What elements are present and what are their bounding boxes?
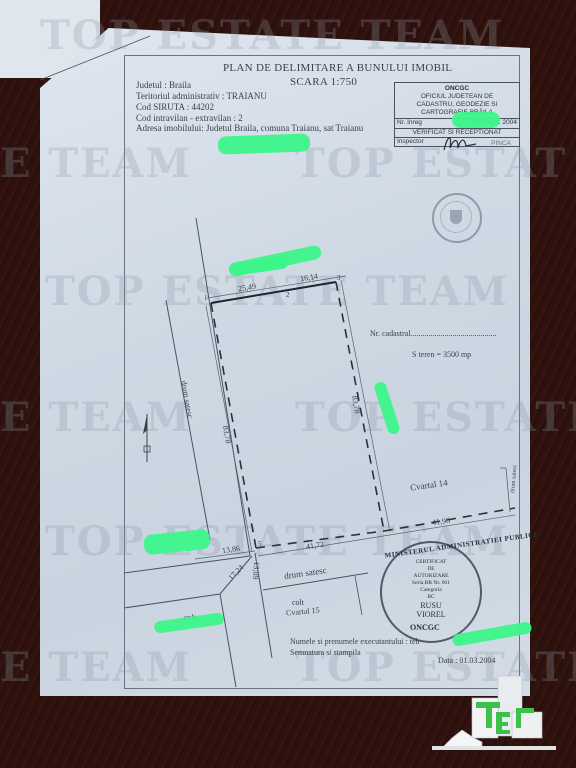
tet-logo: TET — [432, 668, 556, 752]
seal-text: AUTORIZARE — [404, 573, 458, 580]
point-label: 5 — [258, 540, 262, 548]
point-label: 2 — [286, 291, 290, 299]
seal-text: DE — [404, 566, 458, 573]
document-date: Data : 01.03.2004 — [438, 656, 495, 665]
point-label: 1 — [204, 294, 208, 302]
seal-text: Seria BR Nr. 061 — [404, 580, 458, 587]
signature-label: Semnatura si stampila — [290, 648, 361, 657]
corner-quarter-label: colt — [292, 598, 304, 607]
dimension-label: 13,09 — [251, 561, 262, 580]
redaction-highlight — [452, 112, 500, 128]
seal-text: BC — [404, 594, 458, 601]
redaction-highlight — [218, 133, 311, 154]
seal-text: Categoria — [404, 587, 458, 594]
authorization-seal: MINISTERUL ADMINISTRATIEI PUBLICE CERTIF… — [380, 541, 482, 643]
north-arrow-icon — [140, 412, 154, 464]
executant-label: Numele si prenumele executantului : teh — [290, 637, 420, 646]
seal-name: RUSU — [404, 601, 458, 610]
seal-text: CERTIFICAT — [404, 559, 458, 566]
nr-cadastral-field: Nr. cadastral...........................… — [370, 329, 496, 338]
area-text: S teren = 3500 mp — [412, 350, 471, 359]
seal-bottom-text: ONCGC — [410, 623, 440, 632]
seal-name: VIOREL — [404, 610, 458, 619]
svg-text:TET: TET — [432, 668, 462, 672]
point-label: 3 — [337, 274, 341, 282]
